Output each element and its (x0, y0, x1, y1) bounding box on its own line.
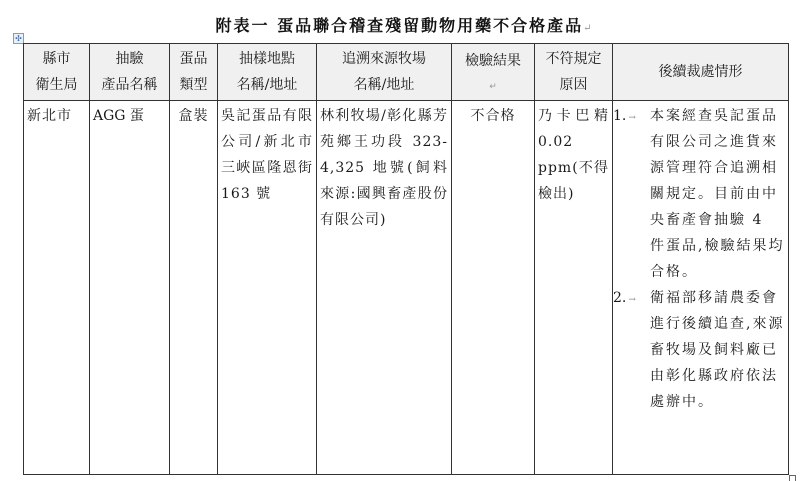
header-line: 原因 (537, 72, 610, 98)
list-number-text: 1. (613, 108, 626, 124)
header-source-farm: 追溯來源牧場 名稱/地址 (317, 44, 452, 101)
list-number-text: 2. (613, 290, 626, 306)
table-resize-handle[interactable] (789, 475, 796, 481)
header-sampling-location: 抽樣地點 名稱/地址 (218, 44, 317, 101)
header-line: 後續裁處情形 (615, 59, 786, 85)
follow-up-item: 2.→ 衛福部移請農委會進行後續追查,來源畜牧場及飼料廠已由彰化縣政府依法處辦中… (616, 285, 785, 415)
follow-up-item: 1.→ 本案經查吳記蛋品有限公司之進貨來源管理符合追溯相關規定。目前由中央畜產會… (616, 103, 785, 285)
document-title-text: 附表一 蛋品聯合稽查殘留動物用藥不合格產品 (216, 16, 584, 35)
header-line: 衛生局 (26, 72, 87, 98)
cell-egg-type: 盒裝 (170, 101, 218, 475)
header-line: 抽驗 (92, 46, 167, 72)
cell-product-name: AGG 蛋 (90, 101, 170, 475)
cell-follow-up: 1.→ 本案經查吳記蛋品有限公司之進貨來源管理符合追溯相關規定。目前由中央畜產會… (613, 101, 789, 475)
table-row: 新北市 AGG 蛋 盒裝 吳記蛋品有限公司/新北市三峽區隆恩街 163 號 林利… (24, 101, 789, 475)
header-line: 縣市 (26, 46, 87, 72)
paragraph-mark-icon: ↵ (454, 74, 532, 100)
header-line: 檢驗結果 (454, 48, 532, 74)
cell-test-result: 不合格 (452, 101, 535, 475)
header-line: 不符規定 (537, 46, 610, 72)
header-county-health-bureau: 縣市 衛生局 (24, 44, 90, 101)
cell-source-farm: 林利牧場/彰化縣芳苑鄉王功段 323-4,325 地號(飼料來源:國興畜產股份有… (317, 101, 452, 475)
header-line: 名稱/地址 (220, 72, 314, 98)
list-number: 1.→ (613, 103, 636, 131)
header-follow-up: 後續裁處情形 (613, 44, 789, 101)
follow-up-list: 1.→ 本案經查吳記蛋品有限公司之進貨來源管理符合追溯相關規定。目前由中央畜產會… (616, 103, 785, 415)
header-noncompliance-reason: 不符規定 原因 (535, 44, 613, 101)
header-line: 蛋品 (172, 46, 215, 72)
list-number: 2.→ (613, 285, 636, 313)
header-line: 追溯來源牧場 (319, 46, 449, 72)
tab-arrow-icon: → (628, 295, 636, 305)
header-line: 類型 (172, 72, 215, 98)
header-test-result: 檢驗結果 ↵ (452, 44, 535, 101)
header-line: 產品名稱 (92, 72, 167, 98)
cell-noncompliance-reason: 乃卡巴精 0.02 ppm(不得檢出) (535, 101, 613, 475)
cell-county-health-bureau: 新北市 (24, 101, 90, 475)
follow-up-text: 衛福部移請農委會進行後續追查,來源畜牧場及飼料廠已由彰化縣政府依法處辦中。 (650, 290, 784, 410)
noncompliant-products-table: 縣市 衛生局 抽驗 產品名稱 蛋品 類型 抽樣地點 名稱/地址 追溯來源牧場 名… (23, 43, 789, 475)
header-product-name: 抽驗 產品名稱 (90, 44, 170, 101)
header-line: 抽樣地點 (220, 46, 314, 72)
paragraph-mark-icon: ↵ (583, 23, 593, 34)
header-egg-type: 蛋品 類型 (170, 44, 218, 101)
follow-up-text: 本案經查吳記蛋品有限公司之進貨來源管理符合追溯相關規定。目前由中央畜產會抽驗 4… (650, 108, 784, 280)
document-title: 附表一 蛋品聯合稽查殘留動物用藥不合格產品↵ (0, 13, 809, 36)
cell-sampling-location: 吳記蛋品有限公司/新北市三峽區隆恩街 163 號 (218, 101, 317, 475)
table-header-row: 縣市 衛生局 抽驗 產品名稱 蛋品 類型 抽樣地點 名稱/地址 追溯來源牧場 名… (24, 44, 789, 101)
header-line: 名稱/地址 (319, 72, 449, 98)
tab-arrow-icon: → (628, 113, 636, 123)
